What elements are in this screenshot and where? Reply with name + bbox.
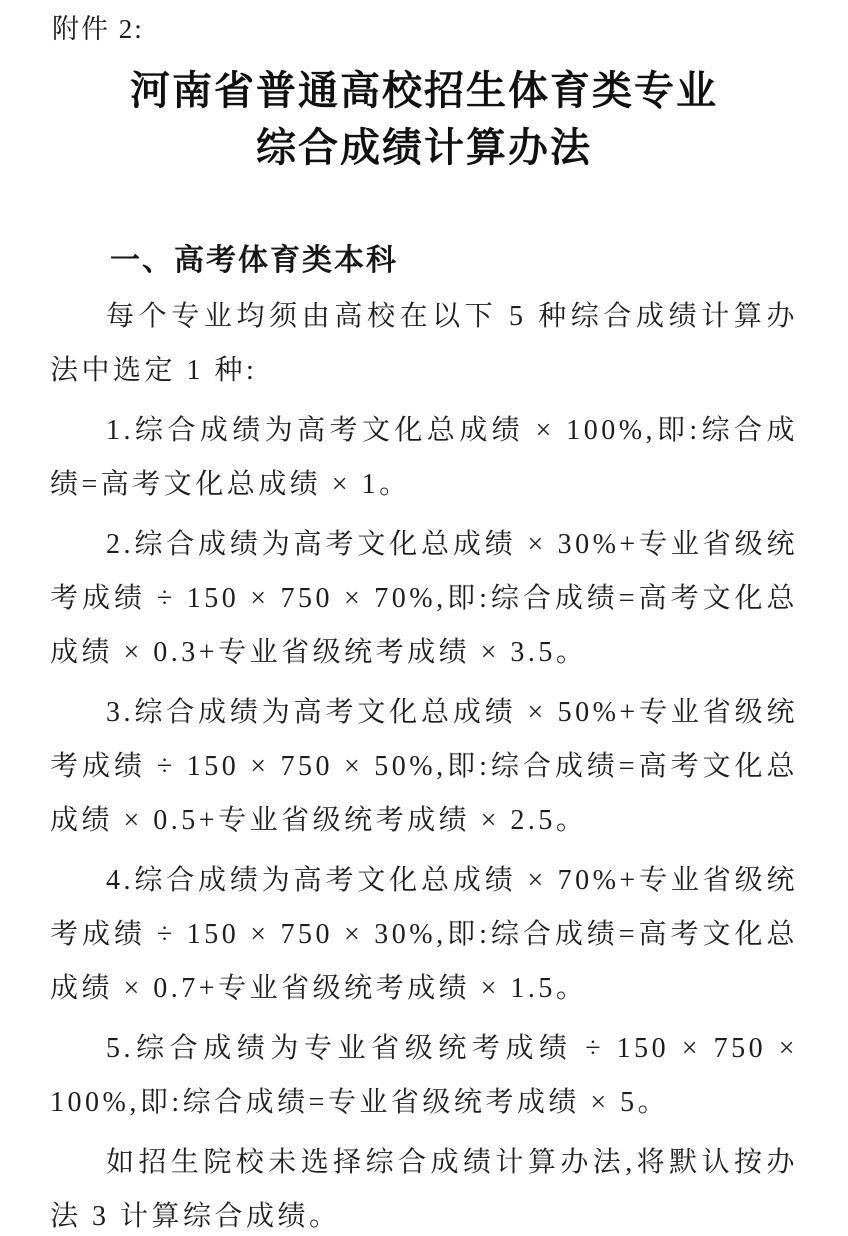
document-title-line-1: 河南省普通高校招生体育类专业 (130, 68, 718, 113)
method-item-4: 4.综合成绩为高考文化总成绩 × 70%+专业省级统考成绩 ÷ 150 × 75… (50, 854, 798, 1016)
method-item-1: 1.综合成绩为高考文化总成绩 × 100%,即:综合成绩=高考文化总成绩 × 1… (50, 404, 798, 512)
method-item-5: 5.综合成绩为专业省级统考成绩 ÷ 150 × 750 × 100%,即:综合成… (50, 1022, 798, 1130)
method-item-3: 3.综合成绩为高考文化总成绩 × 50%+专业省级统考成绩 ÷ 150 × 75… (50, 686, 798, 848)
document-page: 附件 2: 河南省普通高校招生体育类专业 综合成绩计算办法 一、高考体育类本科 … (0, 0, 848, 1236)
method-item-2: 2.综合成绩为高考文化总成绩 × 30%+专业省级统考成绩 ÷ 150 × 75… (50, 518, 798, 680)
document-title: 河南省普通高校招生体育类专业 综合成绩计算办法 (50, 62, 798, 176)
default-method-note: 如招生院校未选择综合成绩计算办法,将默认按办法 3 计算综合成绩。 (50, 1136, 798, 1236)
section-heading: 一、高考体育类本科 (50, 238, 798, 284)
document-title-line-2: 综合成绩计算办法 (256, 125, 592, 170)
intro-paragraph: 每个专业均须由高校在以下 5 种综合成绩计算办法中选定 1 种: (50, 290, 798, 398)
attachment-label: 附件 2: (52, 12, 798, 46)
